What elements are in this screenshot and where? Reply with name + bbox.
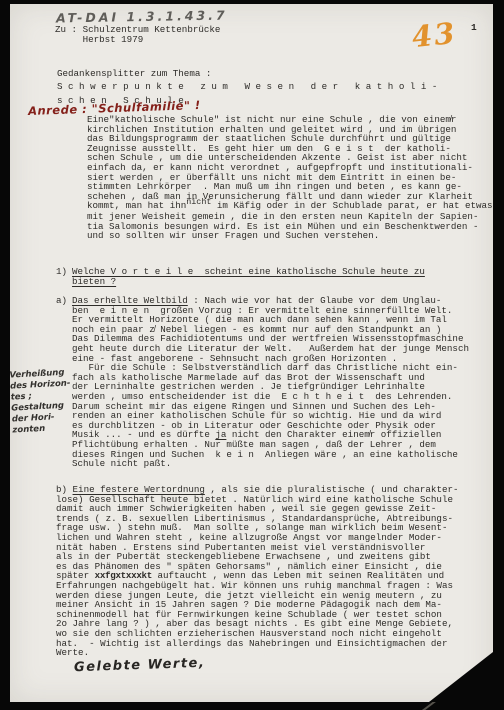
typed-insertion-nicht: nicht xyxy=(186,197,211,207)
paragraph-b-text-1: , als sie die pluralistische ( und chara… xyxy=(56,484,459,581)
question-1-label: 1) xyxy=(56,267,67,277)
document-page: AT-DAI 1.3.1.43.7 Zu : Schulzentrum Kett… xyxy=(10,4,493,702)
scanned-document-screenshot: { "page": { "archive_ref": "AT-DAI 1.3.1… xyxy=(0,0,504,710)
paragraph-b: b) Eine festere Wertordnung , als sie di… xyxy=(56,485,459,658)
paragraph-intro-text-1: Eine"katholische Schule" ist nicht nur e… xyxy=(87,114,473,211)
closing-note-handwritten: Gelebte Werte, xyxy=(74,656,206,676)
page-stamp-number: 43 xyxy=(410,16,458,54)
paragraph-b-text-2: auftaucht , wenn das Leben mit seinen Re… xyxy=(56,570,453,658)
archive-reference-handwritten: AT-DAI 1.3.1.43.7 xyxy=(56,8,228,26)
intro-line: Gedankensplitter zum Thema : xyxy=(57,68,211,79)
paragraph-a-text-1: : Nach wie vor hat der Glaube vor dem Un… xyxy=(72,295,469,440)
margin-note-handwritten: Verheißung des Horizon- tes ; Gestaltung… xyxy=(9,367,73,436)
question-1-text: Welche V o r t e i l e scheint eine kath… xyxy=(72,266,425,287)
paper-corner-cut xyxy=(429,652,493,702)
paragraph-a: a)Das erhellte Weltbild : Nach wie vor h… xyxy=(72,296,469,469)
document-header: Zu : Schulzentrum Kettenbrücke Herbst 19… xyxy=(55,25,220,44)
paragraph-a-label: a) xyxy=(56,296,67,306)
question-1-heading: 1)Welche V o r t e i l e scheint eine ka… xyxy=(72,267,425,286)
paragraph-intro: Eine"katholische Schule" ist nicht nur e… xyxy=(87,115,487,241)
typed-page-number: 1 xyxy=(471,23,477,33)
